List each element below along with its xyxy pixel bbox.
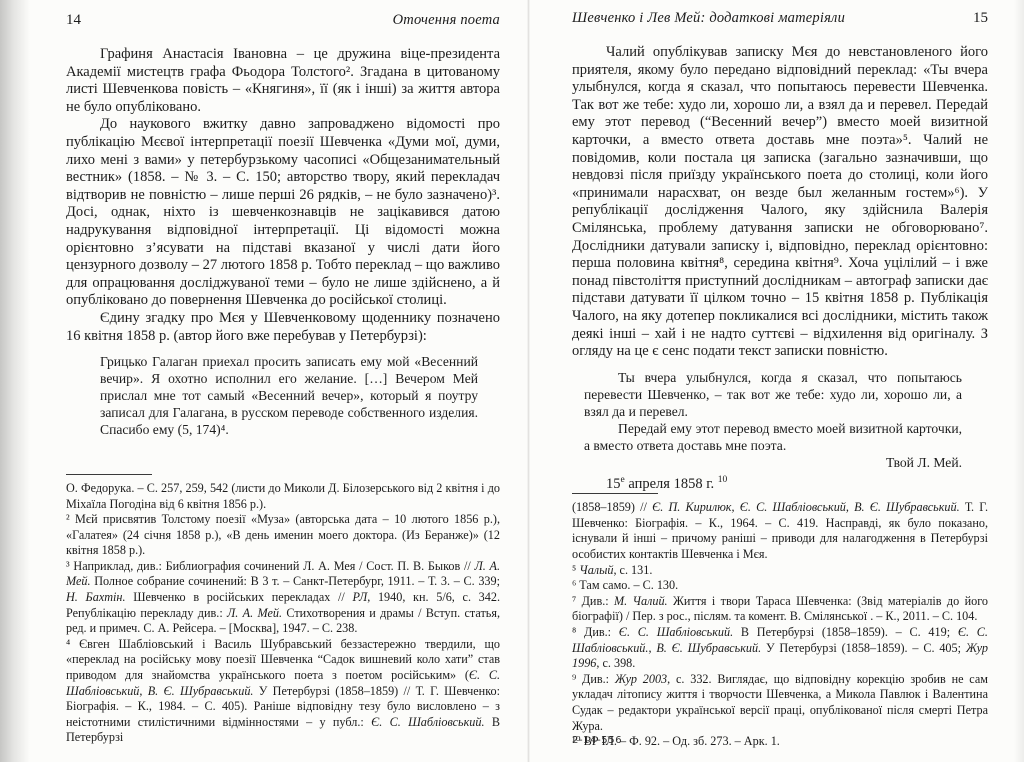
footnote-4-continuation: (1858–1859) // Є. П. Кирилюк, Є. С. Шабл… [572, 500, 988, 562]
printer-signature-mark: 2-14-556 [572, 735, 622, 746]
running-title-right: Шевченко і Лев Мей: додаткові матеріяли [572, 10, 845, 27]
footnote-9: ⁹ Див.: Жур 2003, с. 332. Виглядає, що в… [572, 672, 988, 734]
footnote-rule [66, 474, 152, 475]
footnote-3: ³ Наприклад, див.: Библиография сочинени… [66, 559, 500, 637]
footnote-10: ¹⁰ ВР ІЛ. – Ф. 92. – Од. зб. 273. – Арк.… [572, 734, 988, 750]
date-line: 15е апреля 1858 г. 10 [572, 476, 988, 494]
footnote-7: ⁷ Див.: М. Чалий. Життя і твори Тараса Ш… [572, 594, 988, 625]
quote-paragraph: Передай ему этот перевод вместо моей виз… [584, 420, 962, 454]
footnote-4: ⁴ Євген Шабліовський і Василь Шубравськи… [66, 637, 500, 746]
running-title-left: Оточення поета [393, 12, 500, 29]
quote-paragraph: Грицько Галаган приехал просить записать… [100, 353, 478, 438]
footnote-1-continuation: О. Федорука. – С. 257, 259, 542 (листи д… [66, 481, 500, 512]
page-14: 14 Оточення поета Графиня Анастасія Іван… [30, 0, 527, 762]
footnotes-left: О. Федорука. – С. 257, 259, 542 (листи д… [66, 474, 500, 746]
book-spread: 14 Оточення поета Графиня Анастасія Іван… [0, 0, 1024, 762]
paragraph: Чалий опублікував записку Мєя до невстан… [572, 44, 988, 361]
scan-edge-left [0, 0, 30, 762]
footnote-rule [572, 493, 658, 494]
footnote-5: ⁵ Чалый, с. 131. [572, 563, 988, 579]
note-quote: Ты вчера улыбнулся, когда я сказал, что … [584, 369, 962, 471]
paragraph: До наукового вжитку давно запроваджено в… [66, 116, 500, 310]
page-number-right: 15 [973, 10, 988, 27]
paragraph: Графиня Анастасія Івановна – це дружина … [66, 46, 500, 116]
page-14-header: 14 Оточення поета [66, 12, 500, 29]
footnote-2: ² Мєй присвятив Толстому поезії «Муза» (… [66, 512, 500, 559]
footnote-8: ⁸ Див.: Є. С. Шабліовський. В Петербурзі… [572, 625, 988, 672]
quote-signature: Твой Л. Мей. [584, 454, 962, 471]
paragraph: Єдину згадку про Мєя у Шевченковому щоде… [66, 310, 500, 345]
diary-quote: Грицько Галаган приехал просить записать… [100, 353, 478, 438]
footnotes-right: (1858–1859) // Є. П. Кирилюк, Є. С. Шабл… [572, 493, 988, 750]
page-number-left: 14 [66, 12, 81, 29]
page-15-header: Шевченко і Лев Мей: додаткові матеріяли … [572, 10, 988, 27]
page-15: Шевченко і Лев Мей: додаткові матеріяли … [530, 0, 1024, 762]
footnote-6: ⁶ Там само. – С. 130. [572, 578, 988, 594]
quote-paragraph: Ты вчера улыбнулся, когда я сказал, что … [584, 369, 962, 420]
